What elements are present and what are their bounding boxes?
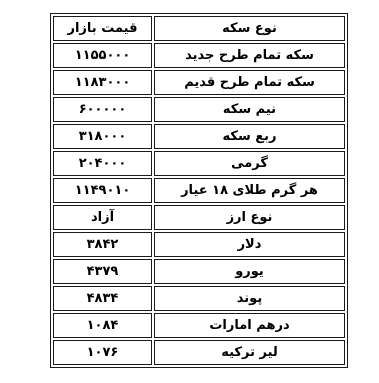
price-cell: ۶۰۰۰۰۰ <box>53 97 152 122</box>
rate-cell: ۴۳۷۹ <box>53 259 152 284</box>
rate-cell: ۳۸۴۲ <box>53 232 152 257</box>
coin-type-cell: سکه تمام طرح قدیم <box>154 70 345 95</box>
table-row: سکه تمام طرح جدید ۱۱۵۵۰۰۰ <box>53 43 345 68</box>
table-row: لیر ترکیه ۱۰۷۶ <box>53 340 345 365</box>
coin-type-cell: ربع سکه <box>154 124 345 149</box>
coin-type-cell: سکه تمام طرح جدید <box>154 43 345 68</box>
table-row: سکه تمام طرح قدیم ۱۱۸۳۰۰۰ <box>53 70 345 95</box>
table-row: هر گرم طلای ۱۸ عیار ۱۱۴۹۰۱۰ <box>53 178 345 203</box>
price-cell: ۲۰۴۰۰۰ <box>53 151 152 176</box>
currency-name-cell: لیر ترکیه <box>154 340 345 365</box>
table-row: دلار ۳۸۴۲ <box>53 232 345 257</box>
currency-name-cell: درهم امارات <box>154 313 345 338</box>
currency-type-header-cell: نوع ارز <box>154 205 345 230</box>
table-row: درهم امارات ۱۰۸۴ <box>53 313 345 338</box>
table-row: گرمی ۲۰۴۰۰۰ <box>53 151 345 176</box>
market-price-header-cell: قیمت بازار <box>53 16 152 41</box>
coin-type-header-cell: نوع سکه <box>154 16 345 41</box>
currency-name-cell: پوند <box>154 286 345 311</box>
gold-gram-18k-cell: هر گرم طلای ۱۸ عیار <box>154 178 345 203</box>
table-row: پوند ۴۸۳۴ <box>53 286 345 311</box>
table-header-row: نوع سکه قیمت بازار <box>53 16 345 41</box>
coin-type-cell: نیم سکه <box>154 97 345 122</box>
price-cell: ۳۱۸۰۰۰ <box>53 124 152 149</box>
rate-cell: ۴۸۳۴ <box>53 286 152 311</box>
table-row: نیم سکه ۶۰۰۰۰۰ <box>53 97 345 122</box>
coin-type-cell: گرمی <box>154 151 345 176</box>
currency-name-cell: یورو <box>154 259 345 284</box>
page: نوع سکه قیمت بازار سکه تمام طرح جدید ۱۱۵… <box>0 0 379 383</box>
table-row: یورو ۴۳۷۹ <box>53 259 345 284</box>
rate-cell: ۱۰۸۴ <box>53 313 152 338</box>
currency-section-header-row: نوع ارز آزاد <box>53 205 345 230</box>
price-cell: ۱۱۴۹۰۱۰ <box>53 178 152 203</box>
price-cell: ۱۱۵۵۰۰۰ <box>53 43 152 68</box>
rate-cell: ۱۰۷۶ <box>53 340 152 365</box>
free-market-header-cell: آزاد <box>53 205 152 230</box>
table-row: ربع سکه ۳۱۸۰۰۰ <box>53 124 345 149</box>
gold-currency-price-table: نوع سکه قیمت بازار سکه تمام طرح جدید ۱۱۵… <box>50 13 348 368</box>
currency-name-cell: دلار <box>154 232 345 257</box>
price-cell: ۱۱۸۳۰۰۰ <box>53 70 152 95</box>
